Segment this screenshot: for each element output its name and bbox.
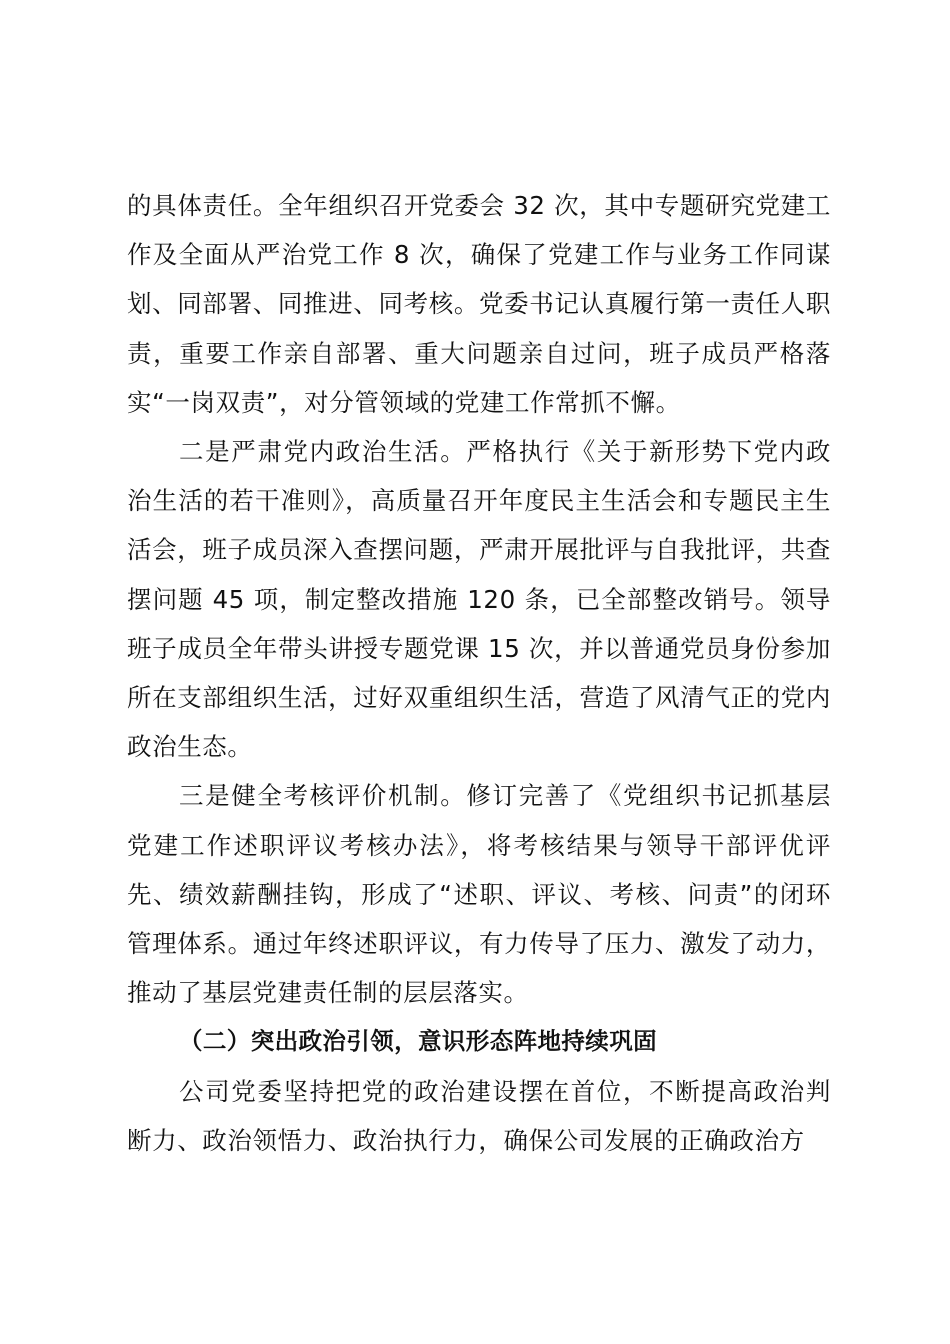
paragraph-political-life: 二是严肃党内政治生活。严格执行《关于新形势下党内政治生活的若干准则》，高质量召开…: [127, 427, 831, 771]
document-page: 的具体责任。全年组织召开党委会 32 次，其中专题研究党建工作及全面从严治党工作…: [127, 181, 831, 1165]
paragraph-evaluation-mechanism: 三是健全考核评价机制。修订完善了《党组织书记抓基层党建工作述职评议考核办法》，将…: [127, 771, 831, 1017]
paragraph-responsibility: 的具体责任。全年组织召开党委会 32 次，其中专题研究党建工作及全面从严治党工作…: [127, 181, 831, 427]
section-heading: （二）突出政治引领，意识形态阵地持续巩固: [127, 1017, 831, 1066]
paragraph-political-leadership: 公司党委坚持把党的政治建设摆在首位，不断提高政治判断力、政治领悟力、政治执行力，…: [127, 1067, 831, 1165]
